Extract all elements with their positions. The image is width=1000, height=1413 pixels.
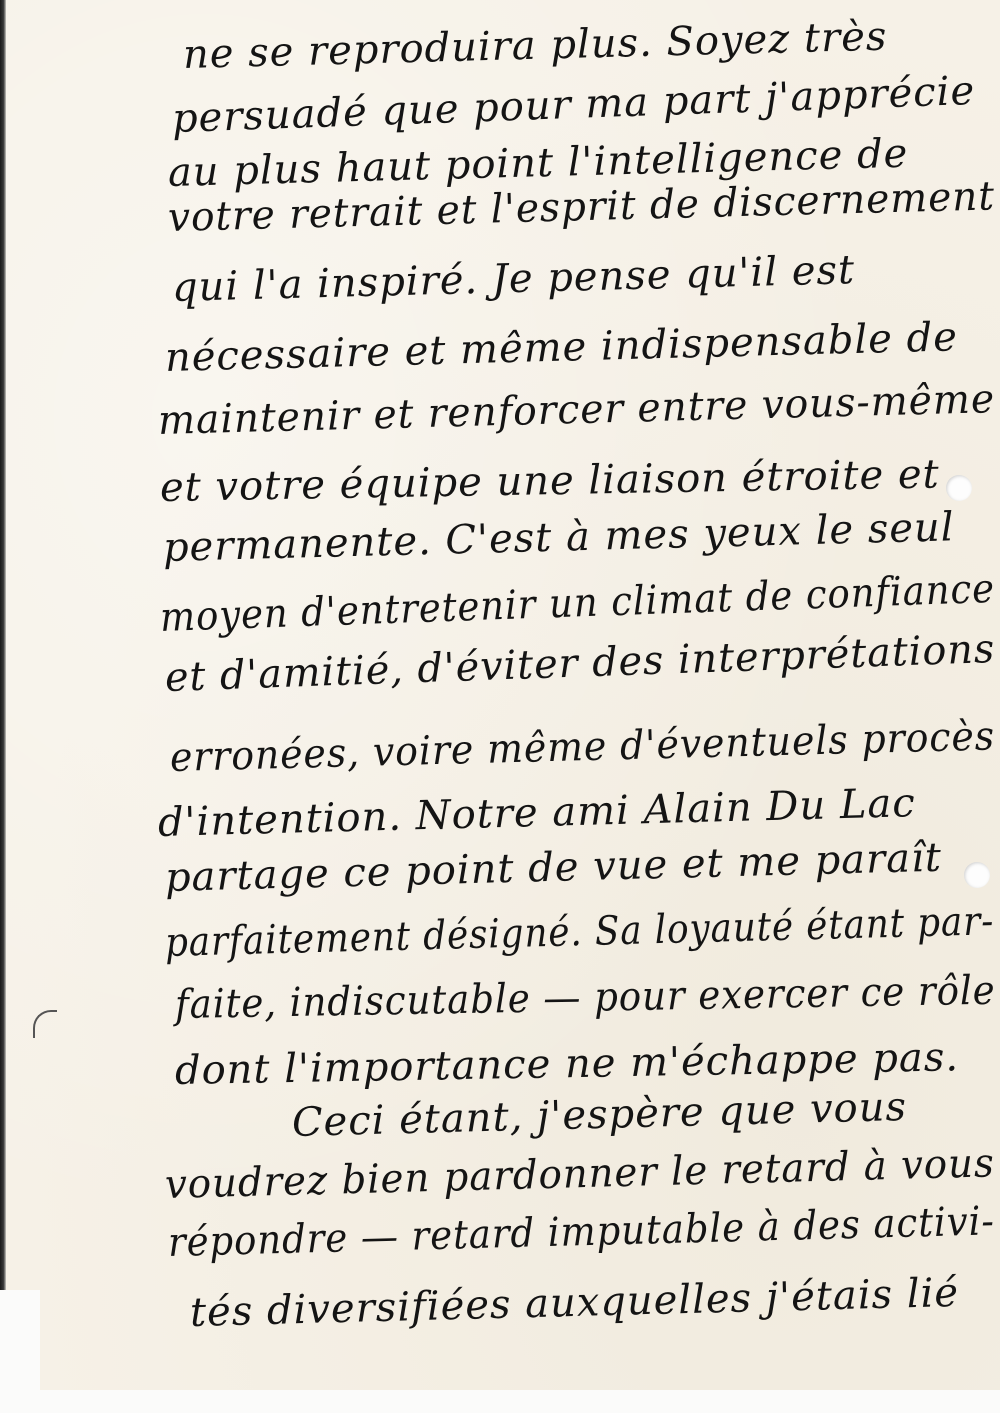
handwritten-letter-body: ne se reproduira plus. Soyez trèspersuad… [0,0,1000,1413]
handwritten-line: permanente. C'est à mes yeux le seul [162,504,955,571]
handwritten-line: erronées, voire même d'éventuels procès [169,713,995,781]
handwritten-line: tés diversifiées auxquelles j'étais lié [189,1270,959,1336]
handwritten-line: partage ce point de vue et me paraît [164,835,942,901]
handwritten-line: maintenir et renforcer entre vous-même [157,376,995,444]
handwritten-line: et d'amitié, d'éviter des interprétation… [164,626,996,701]
handwritten-line: répondre — retard imputable à des activi… [167,1198,995,1266]
handwritten-line: faite, indiscutable — pour exercer ce rô… [175,968,996,1028]
handwritten-line: Ceci étant, j'espère que vous [291,1084,907,1146]
handwritten-line: voudrez bien pardonner le retard à vous [164,1140,995,1208]
handwritten-line: parfaitement désigné. Sa loyauté étant p… [164,898,994,966]
handwritten-line: persuadé que pour ma part j'apprécie [171,68,976,142]
handwritten-line: qui l'a inspiré. Je pense qu'il est [171,247,855,311]
handwritten-line: ne se reproduira plus. Soyez très [182,14,888,78]
handwritten-line: et votre équipe une liaison étroite et [160,451,940,511]
handwritten-line: d'intention. Notre ami Alain Du Lac [157,780,916,846]
handwritten-line: nécessaire et même indispensable de [164,314,958,381]
